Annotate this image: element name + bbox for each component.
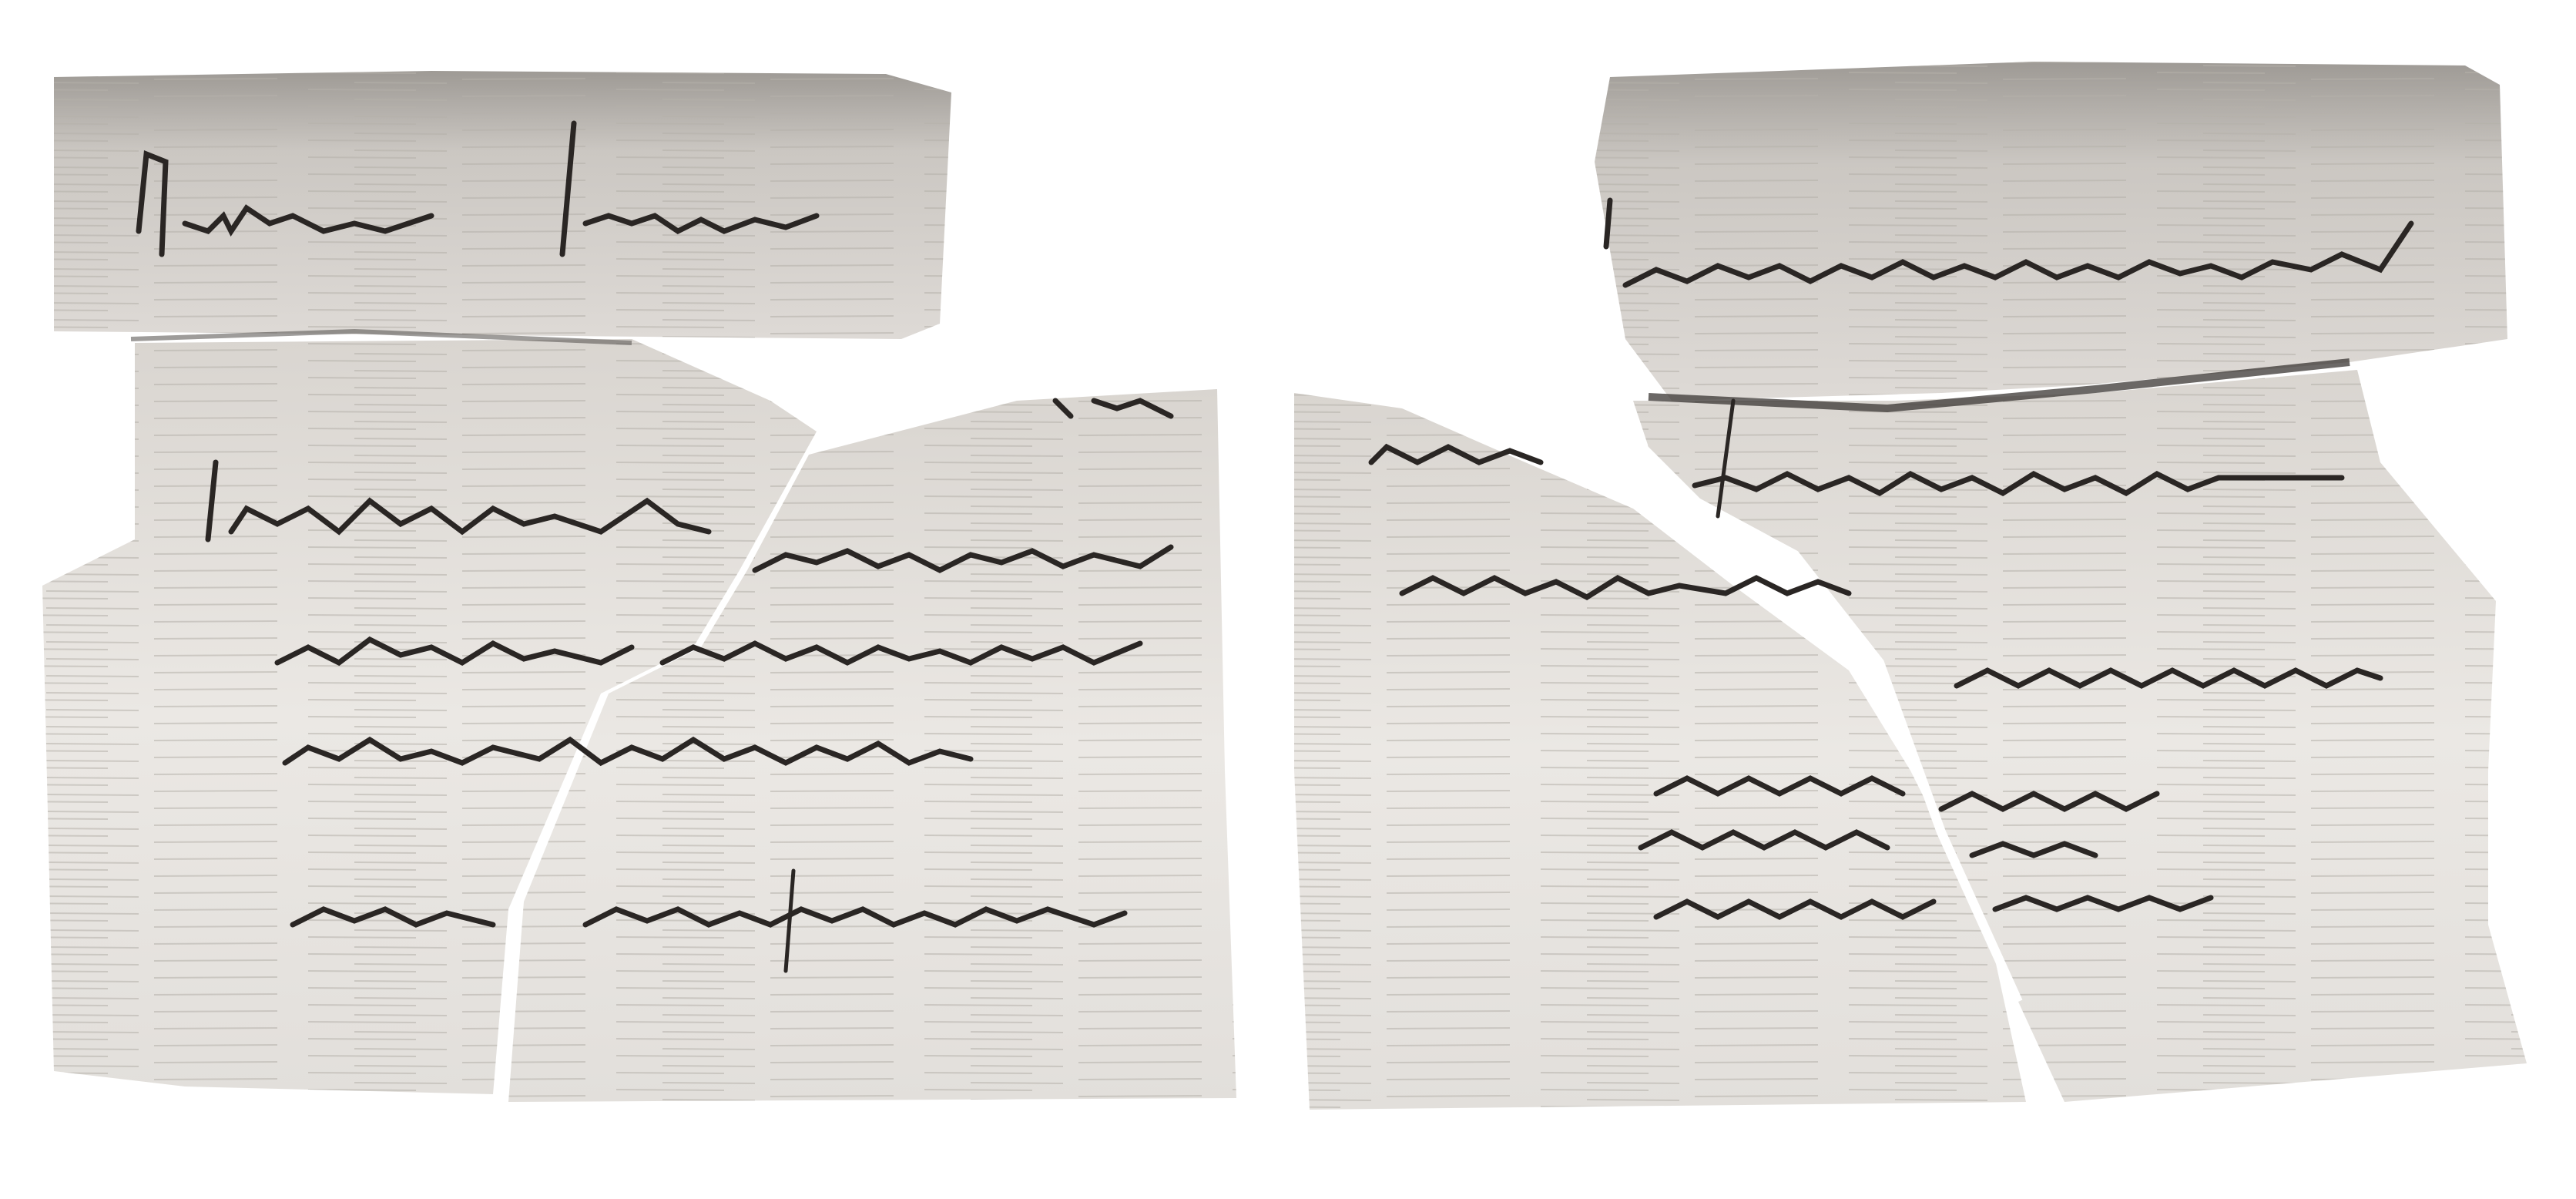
left-tablet <box>42 71 1236 1102</box>
tablets-illustration <box>0 0 2576 1199</box>
tablet-photograph <box>0 0 2576 1199</box>
right-tablet <box>1294 62 2527 1110</box>
